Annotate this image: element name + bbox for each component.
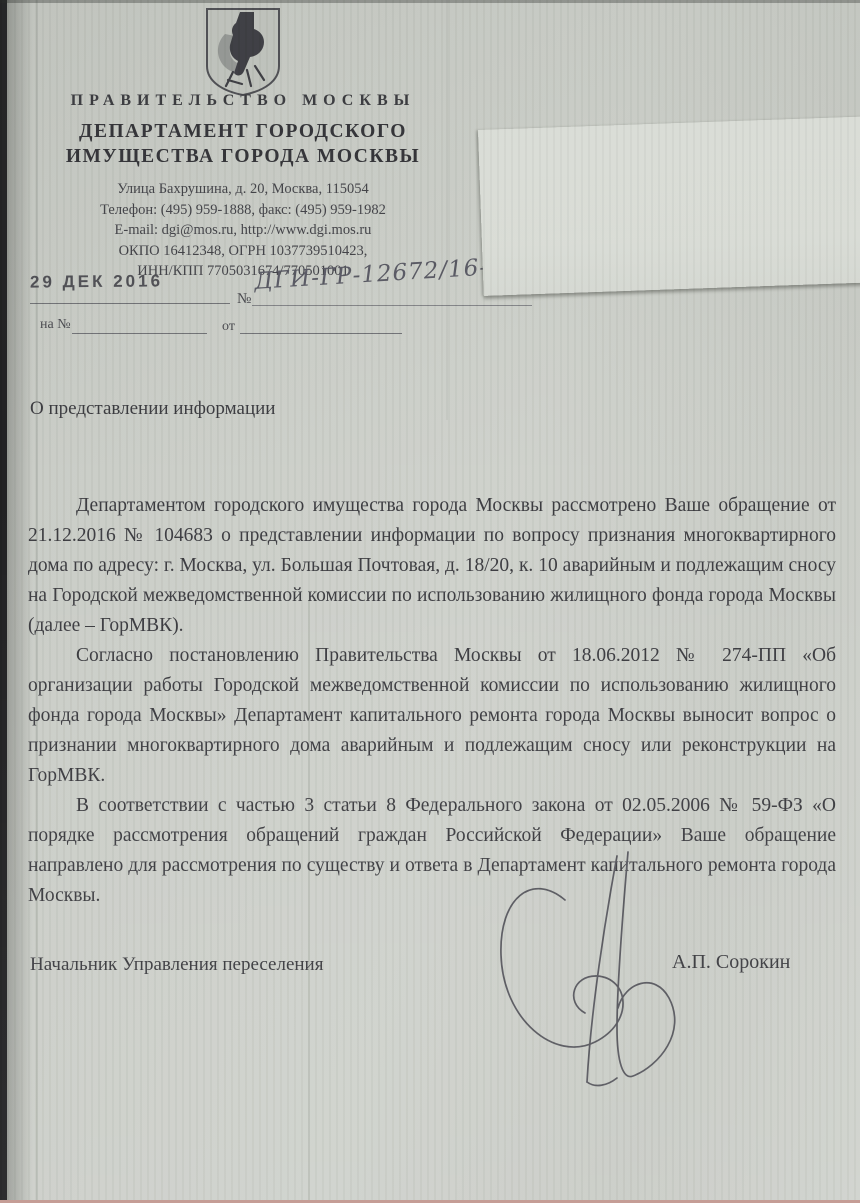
body-paragraph: Департаментом городского имущества город…	[28, 491, 836, 641]
scan-edge-left	[0, 0, 7, 1203]
date-underline	[30, 303, 230, 304]
subject-line: О представлении информации	[30, 398, 275, 420]
department-title-line1: ДЕПАРТАМЕНТ ГОРОДСКОГО	[22, 121, 464, 143]
body-paragraph: В соответствии с частью 3 статьи 8 Федер…	[28, 791, 836, 911]
moscow-coat-of-arms-icon	[203, 6, 283, 98]
email-line: E-mail: dgi@mos.ru, http://www.dgi.mos.r…	[22, 220, 464, 241]
signer-position: Начальник Управления переселения	[30, 954, 323, 976]
number-underline	[252, 305, 532, 306]
number-label: №	[237, 291, 251, 308]
phone-line: Телефон: (495) 959-1888, факс: (495) 959…	[22, 200, 464, 221]
incoming-number-line	[72, 333, 207, 334]
body-paragraph: Согласно постановлению Правительства Мос…	[28, 641, 836, 791]
covering-paper	[478, 116, 860, 296]
scan-edge-top	[0, 0, 860, 3]
department-title-line2: ИМУЩЕСТВА ГОРОДА МОСКВЫ	[22, 146, 464, 168]
from-date-line	[240, 333, 402, 334]
incoming-number-label: на №	[40, 317, 71, 333]
letter-body: Департаментом городского имущества город…	[28, 491, 836, 911]
date-stamp: 29 ДЕК 2016	[30, 271, 163, 292]
address-line: Улица Бахрушина, д. 20, Москва, 115054	[22, 179, 464, 200]
okpo-ogrn-line: ОКПО 16412348, ОГРН 1037739510423,	[22, 241, 464, 262]
government-title: ПРАВИТЕЛЬСТВО МОСКВЫ	[22, 92, 464, 110]
from-date-label: от	[222, 319, 235, 335]
handwritten-signature-icon	[487, 850, 712, 1092]
scanned-letter: ПРАВИТЕЛЬСТВО МОСКВЫ ДЕПАРТАМЕНТ ГОРОДСК…	[0, 0, 860, 1203]
